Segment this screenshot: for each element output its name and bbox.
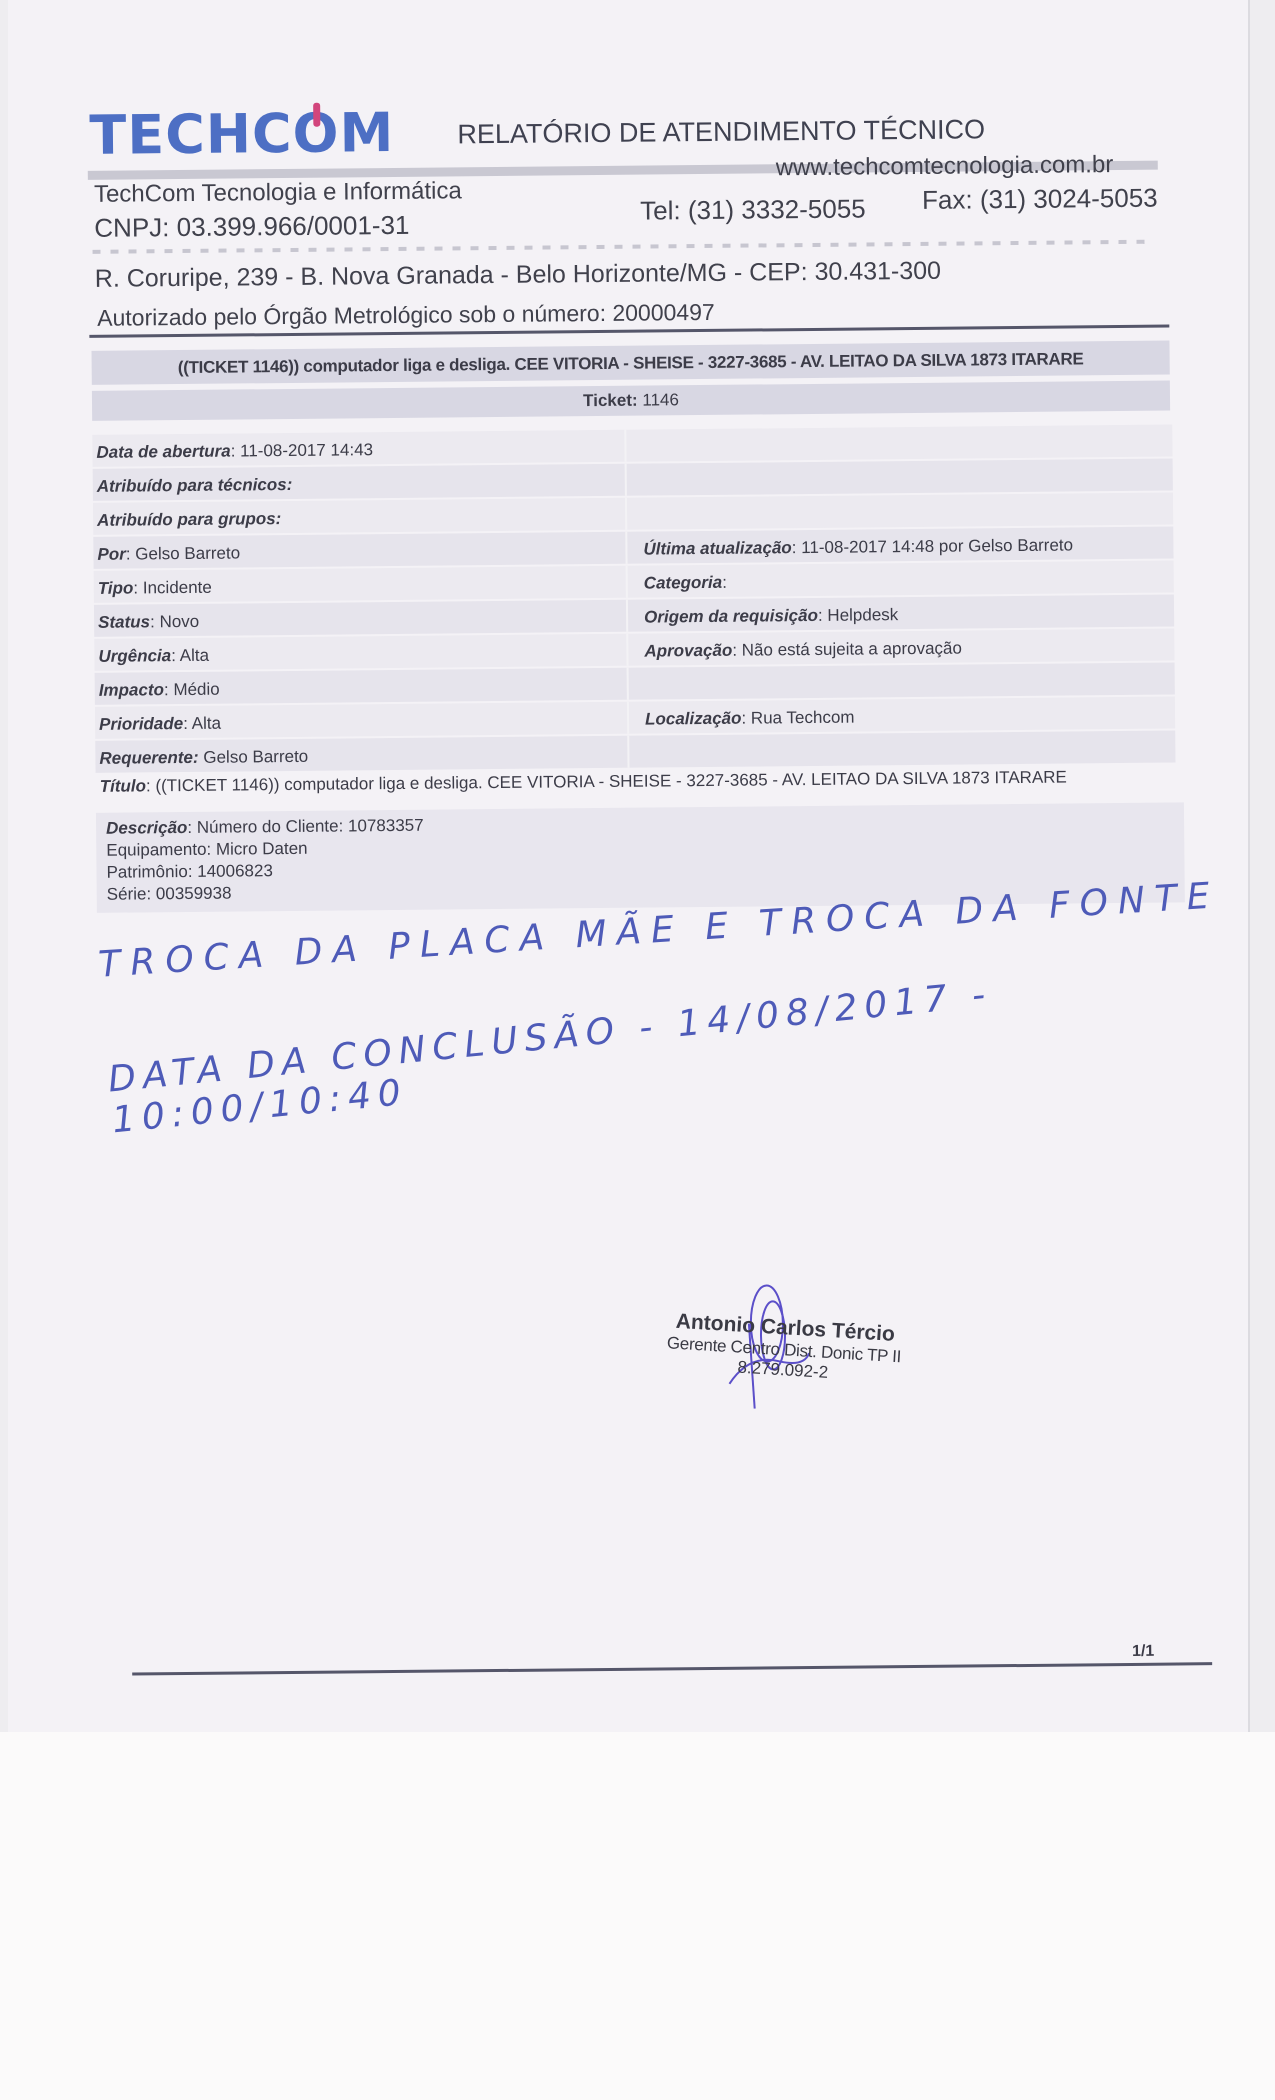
column-divider — [625, 464, 627, 496]
field-left: Por: Gelso Barreto — [97, 543, 240, 564]
company-name: TechCom Tecnologia e Informática — [94, 177, 462, 209]
description-label: Descrição — [106, 818, 187, 838]
field-left: Urgência: Alta — [98, 646, 209, 667]
field-value: : 11-08-2017 14:48 por Gelso Barreto — [792, 535, 1073, 557]
column-divider — [626, 634, 628, 666]
field-left: Atribuído para técnicos: — [97, 475, 293, 497]
telephone: Tel: (31) 3332-5055 — [640, 193, 866, 226]
website: www.techcomtecnologia.com.br — [776, 151, 1114, 182]
field-label: Por — [97, 545, 126, 564]
field-right: Localização: Rua Techcom — [645, 708, 855, 730]
ticket-banner: ((TICKET 1146)) computador liga e deslig… — [92, 341, 1170, 385]
power-icon: O — [292, 106, 339, 160]
ticket-label: Ticket: — [583, 391, 638, 411]
field-left: Tipo: Incidente — [98, 578, 212, 599]
field-value: : Gelso Barreto — [126, 543, 241, 563]
field-value: : Alta — [183, 714, 221, 733]
field-label: Origem da requisição — [644, 606, 818, 627]
ticket-number-band: Ticket: 1146 — [92, 381, 1170, 421]
report-title: RELATÓRIO DE ATENDIMENTO TÉCNICO — [457, 114, 985, 150]
ticket-number: 1146 — [642, 390, 679, 409]
field-label: Impacto — [99, 680, 164, 700]
column-divider — [627, 702, 629, 734]
field-label: Data de abertura — [96, 442, 230, 462]
column-divider — [624, 430, 626, 462]
page-indicator: 1/1 — [1132, 1643, 1154, 1661]
field-right: Categoria: — [644, 573, 727, 594]
field-label: Status — [98, 612, 150, 631]
address: R. Coruripe, 239 - B. Nova Granada - Bel… — [95, 257, 941, 294]
field-label: Categoria — [644, 573, 723, 593]
field-value: : Novo — [150, 612, 199, 631]
logo-text-end: M — [339, 101, 394, 165]
field-label: Requerente: — [99, 748, 198, 768]
field-label: Atribuído para técnicos: — [97, 475, 293, 496]
title-label: Título — [100, 776, 146, 795]
signature-stamp: Antonio Carlos Tércio Gerente Centro Dis… — [662, 1309, 905, 1387]
field-value: : Não está sujeita a aprovação — [732, 639, 962, 660]
field-left: Status: Novo — [98, 612, 199, 633]
patrimony-line: Patrimônio: 14006823 — [106, 861, 273, 883]
techcom-logo: TECHCOM — [89, 106, 394, 163]
field-label: Aprovação — [644, 641, 732, 661]
field-label: Atribuído para grupos: — [97, 509, 281, 530]
field-left: Prioridade: Alta — [99, 714, 221, 735]
cnpj: CNPJ: 03.399.966/0001-31 — [94, 210, 409, 244]
equipment-line: Equipamento: Micro Daten — [106, 839, 307, 861]
field-value: : Incidente — [133, 578, 212, 598]
field-right: Origem da requisição: Helpdesk — [644, 605, 898, 627]
field-value: : — [722, 573, 727, 592]
footer-rule — [132, 1662, 1212, 1675]
description-line: Descrição: Número do Cliente: 10783357 — [106, 816, 424, 839]
field-left: Requerente: Gelso Barreto — [99, 747, 308, 769]
field-right: Aprovação: Não está sujeita a aprovação — [644, 639, 962, 662]
field-label: Prioridade — [99, 714, 183, 734]
column-divider — [627, 736, 629, 768]
field-label: Última atualização — [643, 538, 792, 558]
field-value: : Alta — [171, 646, 209, 665]
field-left: Data de abertura: 11-08-2017 14:43 — [96, 440, 373, 463]
client-number: Número do Cliente: 10783357 — [197, 816, 424, 837]
handwritten-completion-date: DATA DA CONCLUSÃO - 14/08/2017 - 10:00/1… — [106, 946, 1275, 1141]
column-divider — [627, 668, 629, 700]
ticket-fields: Data de abertura: 11-08-2017 14:43Atribu… — [92, 425, 1175, 775]
field-value: : 11-08-2017 14:43 — [231, 440, 374, 460]
field-label: Tipo — [98, 578, 134, 597]
field-value: : Médio — [164, 680, 220, 700]
report-page: TECHCOM RELATÓRIO DE ATENDIMENTO TÉCNICO… — [0, 0, 1275, 1738]
field-value: : Helpdesk — [818, 605, 899, 625]
field-left: Atribuído para grupos: — [97, 509, 281, 531]
column-divider — [625, 498, 627, 530]
field-left: Impacto: Médio — [99, 680, 220, 701]
logo-text: TECHC — [89, 102, 293, 167]
column-divider — [625, 532, 627, 564]
authorization-note: Autorizado pelo Órgão Metrológico sob o … — [97, 299, 715, 332]
field-label: Localização — [645, 709, 742, 729]
field-value: : Rua Techcom — [741, 708, 854, 728]
field-value: Gelso Barreto — [199, 747, 309, 767]
serial-line: Série: 00359938 — [107, 884, 232, 905]
column-divider — [626, 566, 628, 598]
column-divider — [626, 600, 628, 632]
field-label: Urgência — [98, 646, 171, 666]
field-right: Última atualização: 11-08-2017 14:48 por… — [643, 535, 1073, 559]
fax: Fax: (31) 3024-5053 — [922, 183, 1158, 216]
